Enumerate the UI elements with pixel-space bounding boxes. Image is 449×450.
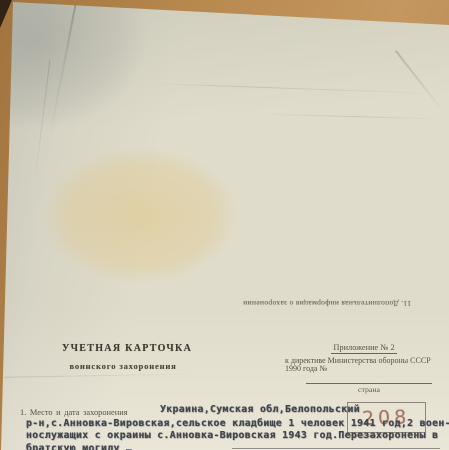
paper-stain <box>30 128 260 303</box>
upside-down-back-note: 11. Дополнительная информация о захороне… <box>238 299 416 308</box>
form-rule-line <box>232 448 440 449</box>
typed-line: нослужащих с окраины с.Анновка-Вировская… <box>26 430 438 441</box>
card-title-block: УЧЕТНАЯ КАРТОЧКА воинского захоронения <box>62 343 184 371</box>
appendix-block: Приложение № 2 к директиве Министерства … <box>285 344 443 374</box>
photo-corner-shadow <box>0 0 12 28</box>
crease-line <box>255 114 445 120</box>
appendix-heading: Приложение № 2 <box>285 344 443 353</box>
typed-line: р-н,с.Анновка-Вировская,сельское кладбищ… <box>26 418 449 429</box>
card-title: УЧЕТНАЯ КАРТОЧКА <box>62 343 184 354</box>
crease-line <box>4 373 209 378</box>
country-field-label: страна <box>306 383 432 394</box>
document-paper: 11. Дополнительная информация о захороне… <box>0 0 449 450</box>
typed-line-clipped: братскую могилу … <box>26 443 132 450</box>
typed-line: Украина,Сумская обл,Белопольский <box>160 404 360 415</box>
photo-of-document: { "note_back": "11. Дополнительная инфор… <box>0 0 449 450</box>
card-subtitle: воинского захоронения <box>62 361 184 371</box>
crease-line <box>150 83 440 94</box>
crease-line <box>48 0 78 143</box>
appendix-year: 1990 года № <box>285 364 327 373</box>
crease-line <box>395 50 442 110</box>
section1-label: 1. Место и дата захоронения <box>20 408 128 417</box>
